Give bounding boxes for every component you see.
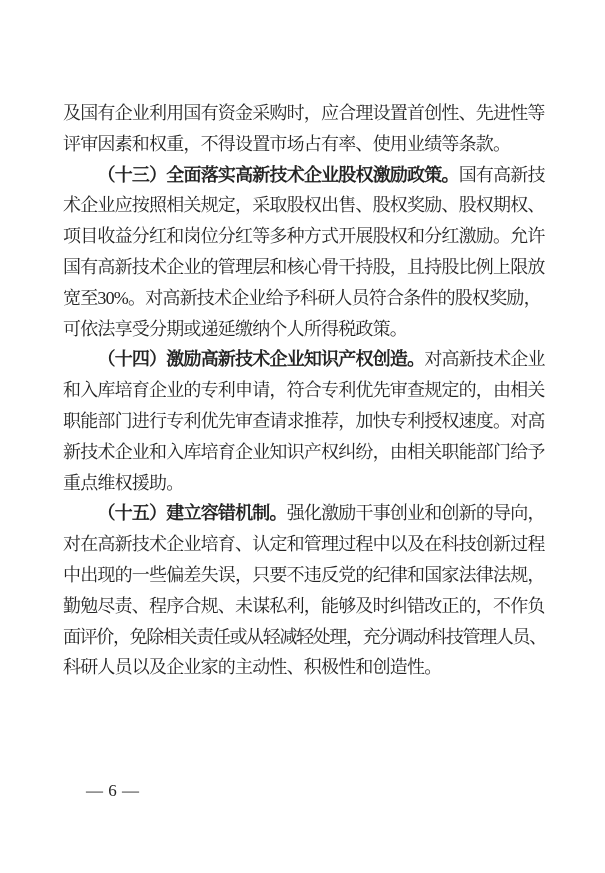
text-run: 国有高新技 (459, 165, 545, 185)
heading-run: （十五）建立容错机制。 (98, 503, 287, 523)
page-number: — 6 — (86, 781, 140, 801)
text-run: 勤勉尽责、程序合规、未谋私利，能够及时纠错改正的，不作负 (63, 596, 545, 616)
text-line: 宽至30%。对高新技术企业给予科研人员符合条件的股权奖励， (63, 283, 547, 314)
text-run: 强化激励干事创业和创新的导向， (287, 503, 545, 523)
text-run: 对在高新技术企业培育、认定和管理过程中以及在科技创新过程 (63, 534, 545, 554)
text-run: 中出现的一些偏差失误，只要不违反党的纪律和国家法律法规， (63, 565, 545, 585)
text-line: 及国有企业利用国有资金采购时，应合理设置首创性、先进性等 (63, 98, 547, 129)
text-line: 勤勉尽责、程序合规、未谋私利，能够及时纠错改正的，不作负 (63, 591, 547, 622)
text-line: 重点维权援助。 (63, 468, 547, 499)
text-run: 和入库培育企业的专利申请，符合专利优先审查规定的，由相关 (63, 380, 545, 400)
text-run: 术企业应按照相关规定，采取股权出售、股权奖励、股权期权、 (63, 195, 545, 215)
text-run: 及国有企业利用国有资金采购时，应合理设置首创性、先进性等 (63, 103, 545, 123)
text-run: 对高新技术企业 (424, 349, 544, 369)
text-line: 职能部门进行专利优先审查请求推荐，加快专利授权速度。对高 (63, 406, 547, 437)
heading-run: （十三）全面落实高新技术企业股权激励政策。 (98, 165, 459, 185)
text-line: 对在高新技术企业培育、认定和管理过程中以及在科技创新过程 (63, 529, 547, 560)
text-run: 项目收益分红和岗位分红等多种方式开展股权和分红激励。允许 (63, 226, 545, 246)
text-run: 面评价，免除相关责任或从轻减轻处理，充分调动科技管理人员、 (63, 627, 546, 647)
document-page: 及国有企业利用国有资金采购时，应合理设置首创性、先进性等评审因素和权重，不得设置… (0, 0, 605, 873)
heading-run: （十四）激励高新技术企业知识产权创造。 (98, 349, 425, 369)
text-line: （十五）建立容错机制。强化激励干事创业和创新的导向， (63, 498, 547, 529)
text-line: 中出现的一些偏差失误，只要不违反党的纪律和国家法律法规， (63, 560, 547, 591)
text-line: 面评价，免除相关责任或从轻减轻处理，充分调动科技管理人员、 (63, 622, 547, 653)
text-run: 科研人员以及企业家的主动性、积极性和创造性。 (63, 657, 441, 677)
document-body: 及国有企业利用国有资金采购时，应合理设置首创性、先进性等评审因素和权重，不得设置… (63, 98, 547, 683)
text-line: 评审因素和权重，不得设置市场占有率、使用业绩等条款。 (63, 129, 547, 160)
text-run: 国有高新技术企业的管理层和核心骨干持股，且持股比例上限放 (63, 257, 545, 277)
text-run: 评审因素和权重，不得设置市场占有率、使用业绩等条款。 (63, 134, 510, 154)
text-run: 职能部门进行专利优先审查请求推荐，加快专利授权速度。对高 (63, 411, 545, 431)
text-run: 新技术企业和入库培育企业知识产权纠纷，由相关职能部门给予 (63, 442, 545, 462)
text-line: 术企业应按照相关规定，采取股权出售、股权奖励、股权期权、 (63, 190, 547, 221)
text-line: 和入库培育企业的专利申请，符合专利优先审查规定的，由相关 (63, 375, 547, 406)
text-run: 宽至30%。对高新技术企业给予科研人员符合条件的股权奖励， (63, 288, 541, 308)
text-line: 项目收益分红和岗位分红等多种方式开展股权和分红激励。允许 (63, 221, 547, 252)
text-line: 可依法享受分期或递延缴纳个人所得税政策。 (63, 314, 547, 345)
text-run: 重点维权援助。 (63, 473, 183, 493)
text-line: 科研人员以及企业家的主动性、积极性和创造性。 (63, 652, 547, 683)
text-line: 国有高新技术企业的管理层和核心骨干持股，且持股比例上限放 (63, 252, 547, 283)
text-line: （十三）全面落实高新技术企业股权激励政策。国有高新技 (63, 160, 547, 191)
text-run: 可依法享受分期或递延缴纳个人所得税政策。 (63, 319, 407, 339)
text-line: （十四）激励高新技术企业知识产权创造。对高新技术企业 (63, 344, 547, 375)
text-line: 新技术企业和入库培育企业知识产权纠纷，由相关职能部门给予 (63, 437, 547, 468)
